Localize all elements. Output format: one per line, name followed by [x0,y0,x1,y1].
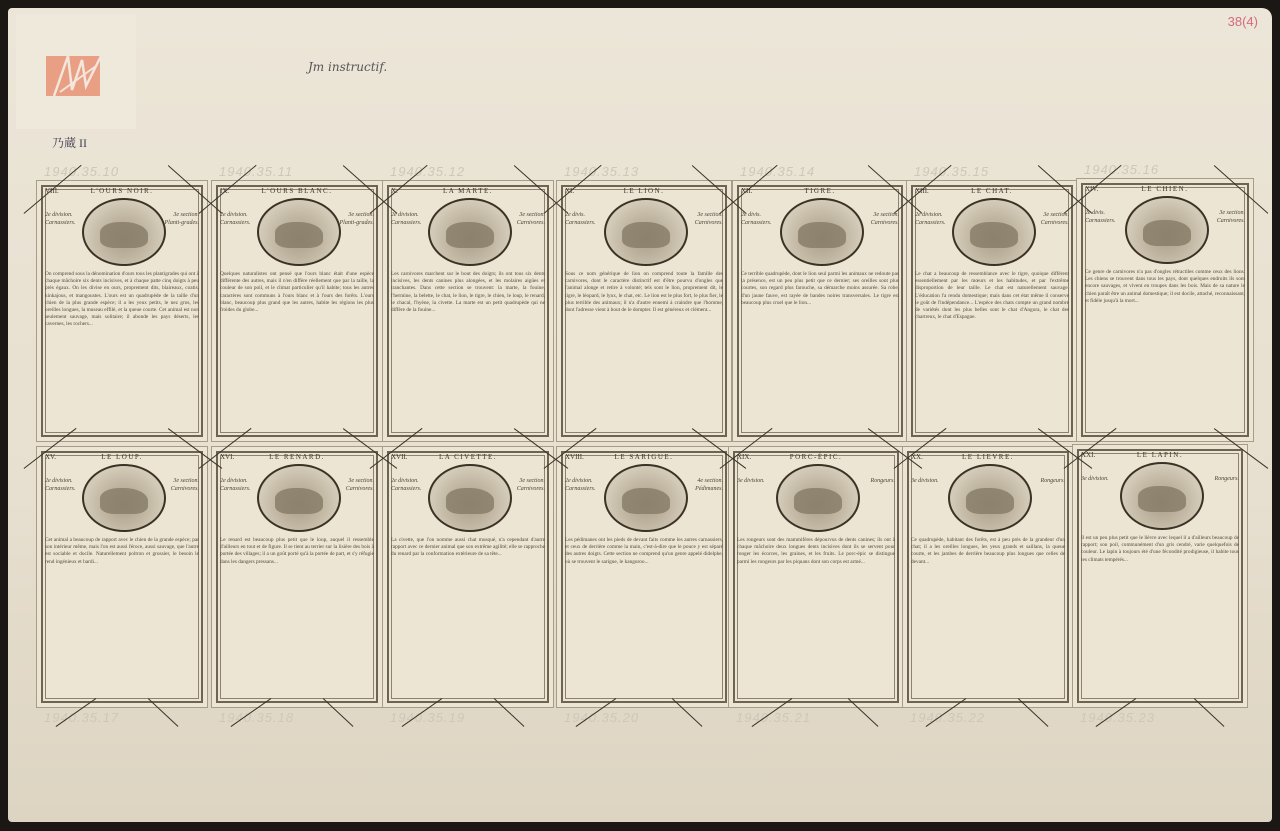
animal-title: L'OURS BLANC. [212,187,382,195]
inventory-number: 1940.35.16 [1084,162,1159,177]
animal-title: TIGRE. [733,187,907,195]
engraving-card: XIX.PORC-ÉPIC.3e division.Rongeurs.Les r… [728,446,904,708]
section-label: 3e section.Carnivores. [683,211,723,227]
animal-title: LE LOUP. [37,453,207,461]
animal-engraving-vignette [428,464,512,532]
animal-engraving-vignette [257,198,341,266]
animal-engraving-vignette [780,198,864,266]
inventory-number: 1940.35.10 [44,164,119,179]
engraving-card: XVIII.LE SARIGUE.2e division.Carnassiers… [556,446,732,708]
animal-engraving-vignette [428,198,512,266]
animal-engraving-vignette [82,464,166,532]
animal-figure-icon [622,488,670,514]
animal-figure-icon [798,222,846,248]
animal-figure-icon [275,222,323,248]
section-label: 3e section.Carnivores. [1205,209,1245,225]
section-label: Rongeurs. [855,477,895,485]
inventory-number: 1940.35.20 [564,710,639,725]
collector-seal-area [16,14,136,129]
engraving-card: XV.LE LOUP.2e division.Carnassiers.3e se… [36,446,208,708]
animal-title: L'OURS NOIR. [37,187,207,195]
division-label: 2e division.Carnassiers. [220,477,260,493]
inventory-number: 1940.35.18 [219,710,294,725]
engraving-card: XX.LE LIEVRE.3e division.Rongeurs.Ce qua… [902,446,1074,708]
animal-title: LE LIEVRE. [903,453,1073,461]
engraving-card: XIII.LE CHAT.2e division.Carnassiers.3e … [906,180,1078,442]
section-label: Rongeurs. [1199,475,1239,483]
shelf-mark: 乃蔵 II [52,134,87,151]
description-text: On comprend sous la dénomination d'ours … [45,271,199,433]
animal-title: LA CIVETTE. [383,453,553,461]
section-label: Rongeurs. [1025,477,1065,485]
animal-title: LE RENARD. [212,453,382,461]
division-label: 2e division.Carnassiers. [45,211,85,227]
division-label: 2e divis.Carnassiers. [741,211,781,227]
animal-title: LE LION. [557,187,731,195]
division-label: 2e division.Carnassiers. [391,477,431,493]
animal-engraving-vignette [776,464,860,532]
description-text: Ce quadrupède, habitant des forêts, est … [911,537,1065,699]
engraving-card: XVI.LE RENARD.2e division.Carnassiers.3e… [211,446,383,708]
animal-figure-icon [966,488,1014,514]
animal-title: LE LAPIN. [1073,451,1247,459]
description-text: La civette, que l'on nomme aussi chat mu… [391,537,545,699]
division-label: 2e divis.Carnassiers. [565,211,605,227]
division-label: 2e division.Carnassiers. [220,211,260,227]
animal-engraving-vignette [1120,462,1204,530]
description-text: Les carnivores marchent sur le bout des … [391,271,545,433]
inventory-number: 1940.35.17 [44,710,119,725]
description-text: Les pédimanes ont les pieds de devant fa… [565,537,723,699]
engraving-card: XII.TIGRE.2e divis.Carnassiers.3e sectio… [732,180,908,442]
engraving-card: IX.L'OURS BLANC.2e division.Carnassiers.… [211,180,383,442]
description-text: Les rongeurs sont des mammifères dépourv… [737,537,895,699]
animal-figure-icon [794,488,842,514]
inventory-number: 1940.35.19 [390,710,465,725]
engraving-card: X.LA MARTE.2e division.Carnassiers.3e se… [382,180,554,442]
animal-engraving-vignette [604,464,688,532]
engraving-card: XVII.LA CIVETTE.2e division.Carnassiers.… [382,446,554,708]
description-text: Cet animal a beaucoup de rapport avec le… [45,537,199,699]
description-text: Le chat a beaucoup de ressemblance avec … [915,271,1069,433]
animal-title: LA MARTE. [383,187,553,195]
animal-figure-icon [1138,486,1186,512]
animal-figure-icon [1143,220,1191,246]
animal-figure-icon [100,222,148,248]
division-label: 3e division. [911,477,951,485]
animal-engraving-vignette [948,464,1032,532]
inventory-number: 1940.35.14 [740,164,815,179]
description-text: Il est un peu plus petit que le lièvre a… [1081,535,1239,699]
animal-title: LE SARIGUE. [557,453,731,461]
animal-figure-icon [100,488,148,514]
inventory-number: 1940.35.13 [564,164,639,179]
animal-title: LE CHAT. [907,187,1077,195]
animal-engraving-vignette [257,464,341,532]
division-label: 3e division. [737,477,777,485]
animal-engraving-vignette [604,198,688,266]
engraving-card: XIV.LE CHIEN.2e divis.Carnassiers.3e sec… [1076,178,1254,442]
inventory-number: 1940.35.12 [390,164,465,179]
engraving-card: XI.LE LION.2e divis.Carnassiers.3e secti… [556,180,732,442]
section-label: 4e section.Pédimanes. [683,477,723,493]
description-text: Ce genre de carnivores n'a pas d'ongles … [1085,269,1245,433]
description-text: Sous ce nom générique de lion on compren… [565,271,723,433]
engraving-card: VIII.L'OURS NOIR.2e division.Carnassiers… [36,180,208,442]
animal-figure-icon [446,222,494,248]
animal-figure-icon [970,222,1018,248]
handwritten-note: Jm instructif. [308,60,387,74]
animal-figure-icon [622,222,670,248]
animal-figure-icon [446,488,494,514]
animal-title: LE CHIEN. [1077,185,1253,193]
division-label: 2e division.Carnassiers. [45,477,85,493]
page-number: 38(4) [1228,14,1258,29]
animal-figure-icon [275,488,323,514]
animal-engraving-vignette [1125,196,1209,264]
album-page: Jm instructif. 乃蔵 II 38(4) VIII.L'OURS N… [8,8,1272,822]
red-collector-seal-icon [46,56,100,96]
animal-engraving-vignette [952,198,1036,266]
engraving-card: XXI.LE LAPIN.3e division.Rongeurs.Il est… [1072,444,1248,708]
animal-engraving-vignette [82,198,166,266]
description-text: Le renard est beaucoup plus petit que le… [220,537,374,699]
description-text: Quelques naturalistes ont pensé que l'ou… [220,271,374,433]
animal-title: PORC-ÉPIC. [729,453,903,461]
inventory-number: 1940.35.15 [914,164,989,179]
description-text: Ce terrible quadrupède, dont le lion seu… [741,271,899,433]
division-label: 3e division. [1081,475,1121,483]
division-label: 2e division.Carnassiers. [565,477,605,493]
